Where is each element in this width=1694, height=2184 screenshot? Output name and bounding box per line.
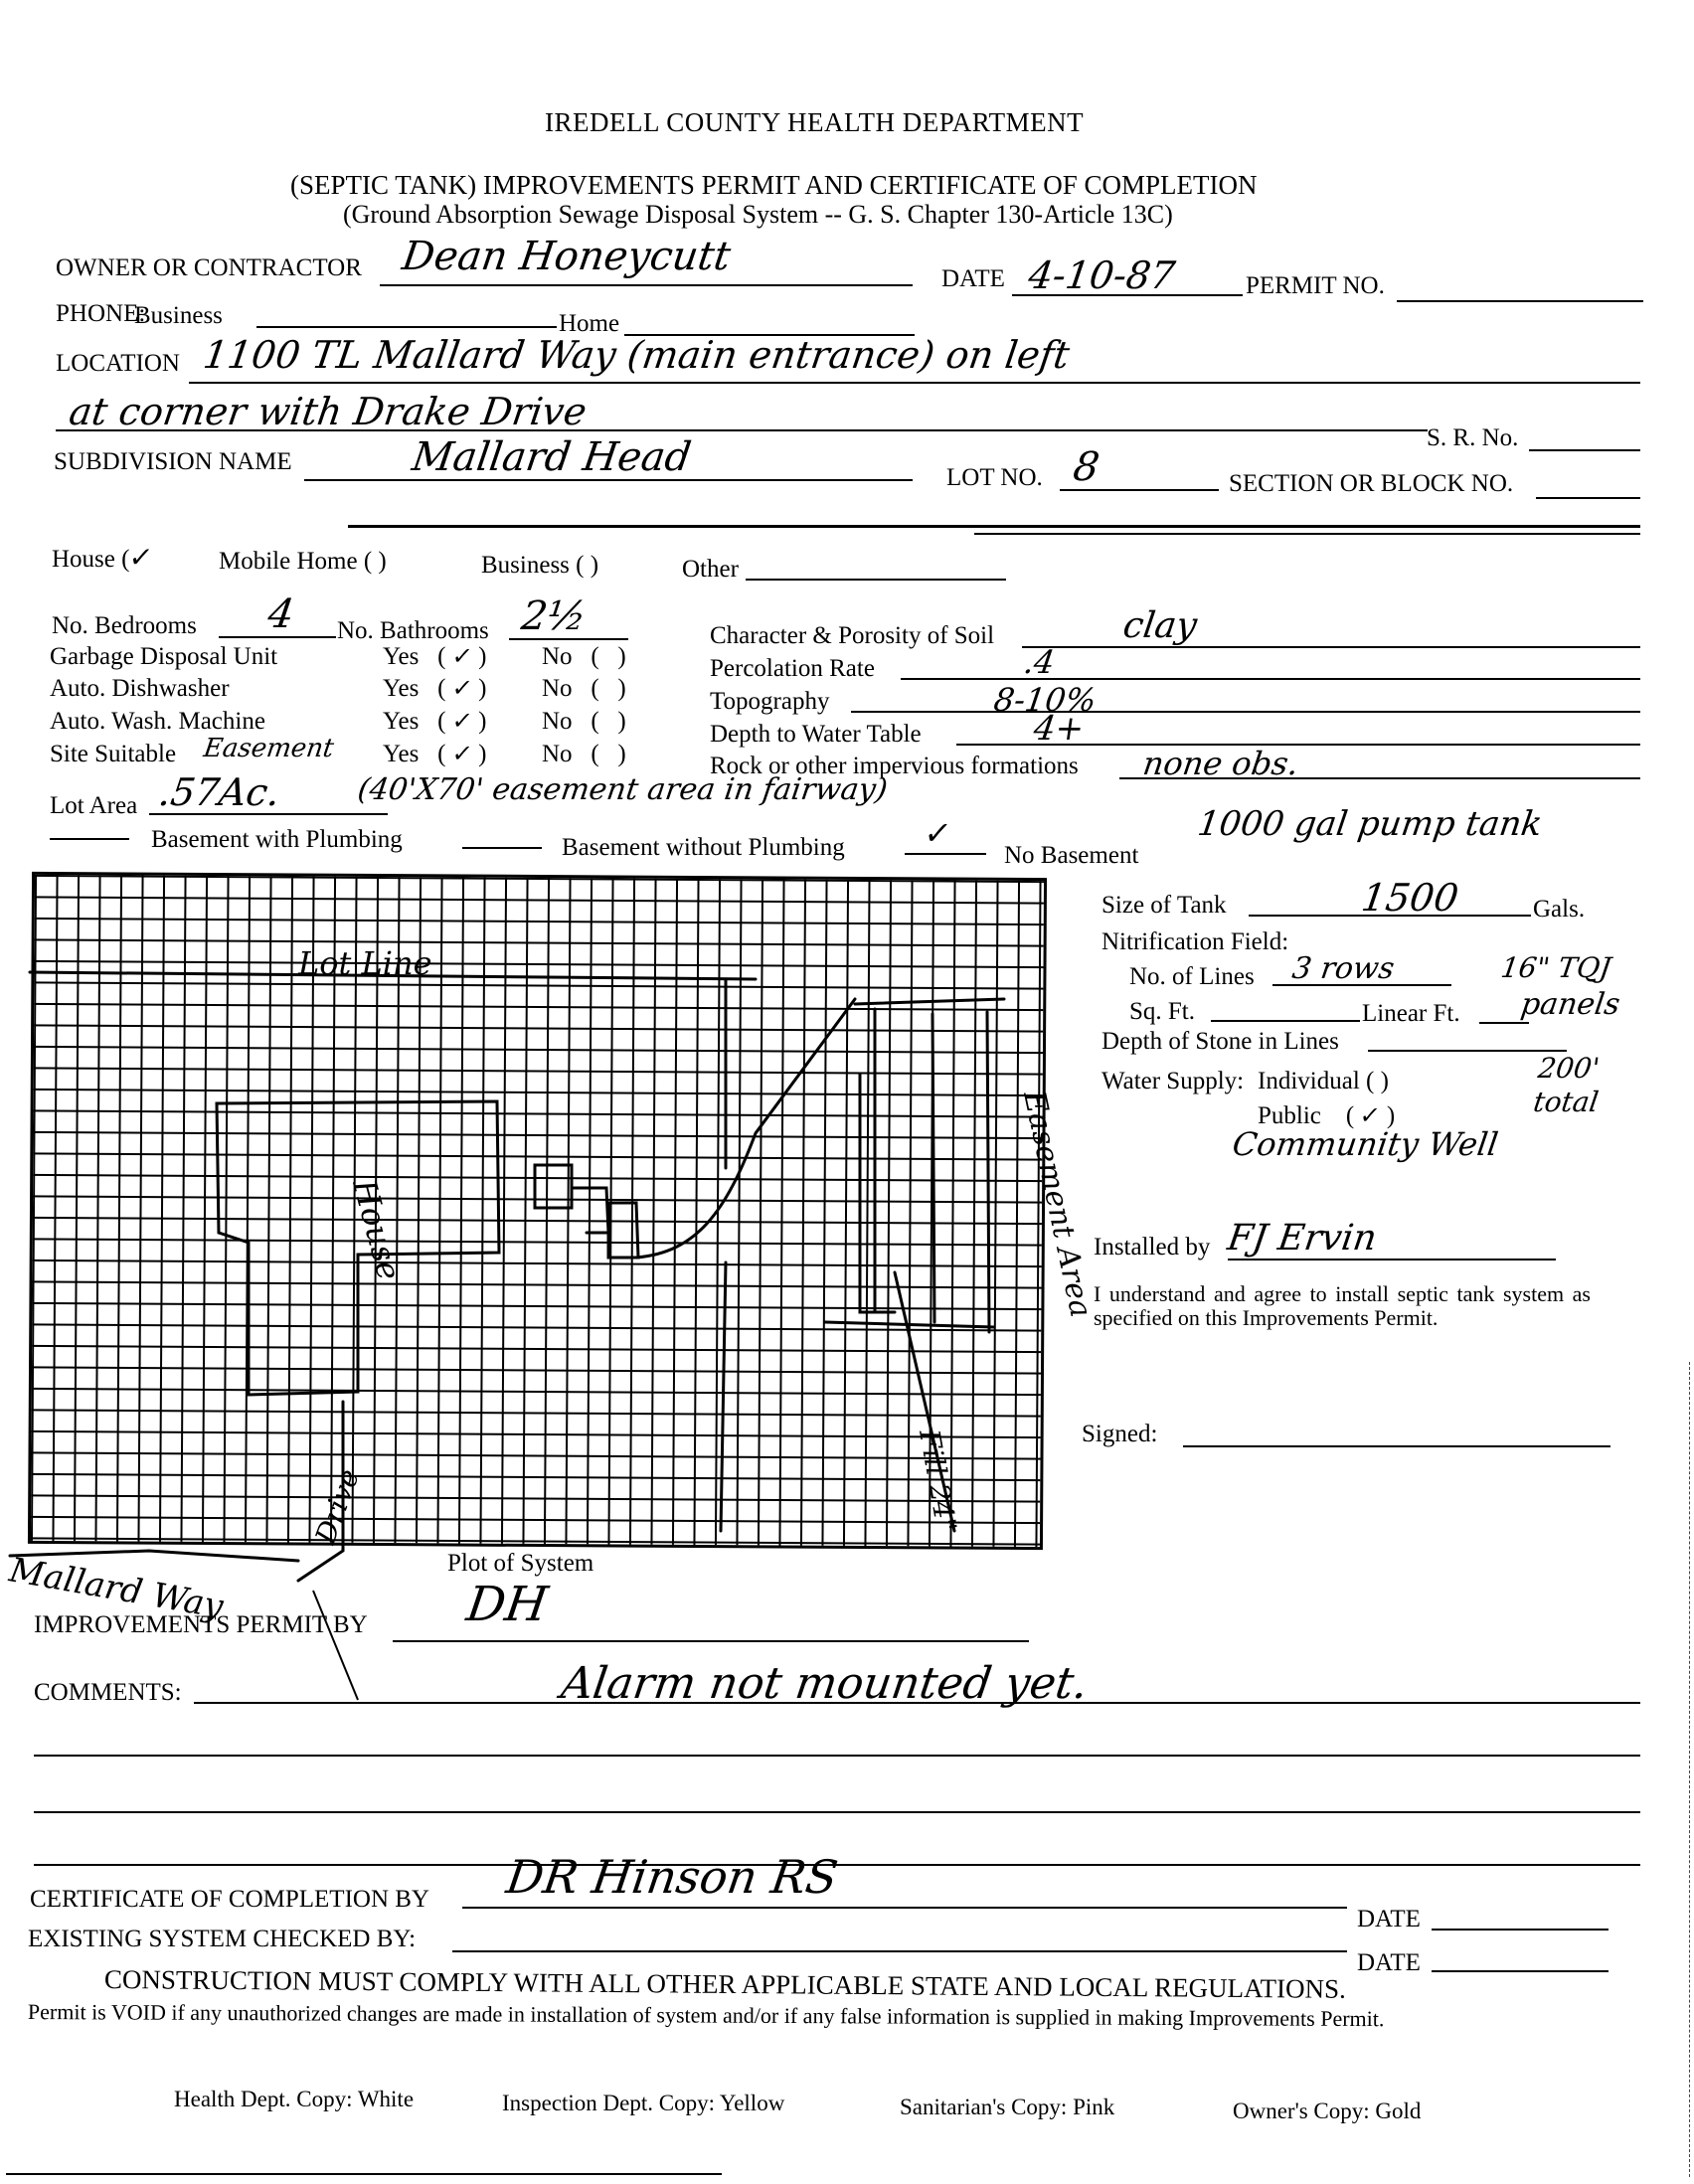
comments-field[interactable]: Alarm not mounted yet. bbox=[559, 1662, 1091, 1706]
signed-label: Signed: bbox=[1082, 1422, 1157, 1446]
permit-by-field[interactable]: DH bbox=[464, 1581, 551, 1628]
plot-easement-label: Easement Area bbox=[1016, 1087, 1099, 1320]
lines-field[interactable]: 3 rows bbox=[1290, 954, 1396, 984]
plot-of-system-label: Plot of System bbox=[447, 1551, 593, 1576]
tank-size-unit: Gals. bbox=[1533, 897, 1585, 922]
lines-label: No. of Lines bbox=[1129, 964, 1255, 989]
certificate-completion-field[interactable]: DR Hinson RS bbox=[504, 1854, 841, 1900]
water-supply-note: Community Well bbox=[1231, 1128, 1500, 1160]
existing-system-field[interactable] bbox=[452, 1950, 1347, 1952]
water-individual-option[interactable]: Individual ( ) bbox=[1258, 1069, 1389, 1093]
linear-ft-field[interactable]: panels bbox=[1519, 990, 1621, 1020]
copy-health-dept: Health Dept. Copy: White bbox=[174, 2088, 414, 2110]
plot-lot-line-label: Lot Line bbox=[297, 944, 432, 982]
existing-date-label: DATE bbox=[1357, 1950, 1421, 1975]
existing-date-field[interactable] bbox=[1432, 1970, 1609, 1972]
sqft-label: Sq. Ft. bbox=[1129, 999, 1195, 1024]
stone-depth-field[interactable] bbox=[1368, 1050, 1567, 1052]
certificate-completion-label: CERTIFICATE OF COMPLETION BY bbox=[30, 1887, 429, 1912]
total-length-note: 200' total bbox=[1531, 1052, 1650, 1119]
comments-line-2[interactable] bbox=[34, 1755, 1640, 1757]
water-supply-label: Water Supply: bbox=[1101, 1069, 1244, 1093]
plot-drive-label: Drive bbox=[308, 1465, 366, 1550]
comments-line-3[interactable] bbox=[34, 1811, 1640, 1813]
plot-house-label: House bbox=[345, 1174, 409, 1283]
copy-inspection-dept: Inspection Dept. Copy: Yellow bbox=[502, 2092, 784, 2114]
sqft-field[interactable] bbox=[1211, 1020, 1360, 1022]
installed-by-label: Installed by bbox=[1094, 1235, 1210, 1260]
comments-label: COMMENTS: bbox=[34, 1680, 182, 1705]
copy-owner: Owner's Copy: Gold bbox=[1233, 2100, 1421, 2122]
signed-field[interactable] bbox=[1183, 1445, 1610, 1447]
scan-bottom-rule bbox=[6, 2173, 722, 2175]
stone-depth-label: Depth of Stone in Lines bbox=[1101, 1029, 1339, 1054]
lines-note: 16" TQJ bbox=[1499, 954, 1612, 982]
check-icon: ✓ bbox=[1359, 1103, 1382, 1127]
permit-by-label: IMPROVEMENTS PERMIT BY bbox=[34, 1612, 368, 1637]
nitrification-label: Nitrification Field: bbox=[1101, 929, 1288, 954]
plot-sketch: Lot Line House Drive Easement Area Malla… bbox=[0, 0, 1694, 2184]
plot-fill-label: Fill 24" bbox=[913, 1427, 963, 1535]
installer-agreement: I understand and agree to install septic… bbox=[1094, 1282, 1591, 1330]
installed-by-field[interactable]: FJ Ervin bbox=[1225, 1221, 1378, 1257]
certificate-date-label: DATE bbox=[1357, 1907, 1421, 1932]
copy-sanitarian: Sanitarian's Copy: Pink bbox=[900, 2096, 1114, 2118]
linear-ft-label: Linear Ft. bbox=[1362, 1001, 1460, 1026]
existing-system-label: EXISTING SYSTEM CHECKED BY: bbox=[28, 1927, 416, 1951]
tank-size-field[interactable]: 1500 bbox=[1359, 879, 1460, 917]
certificate-date-field[interactable] bbox=[1432, 1929, 1609, 1931]
tank-size-label: Size of Tank bbox=[1101, 893, 1227, 918]
scan-edge bbox=[1689, 1362, 1690, 2177]
